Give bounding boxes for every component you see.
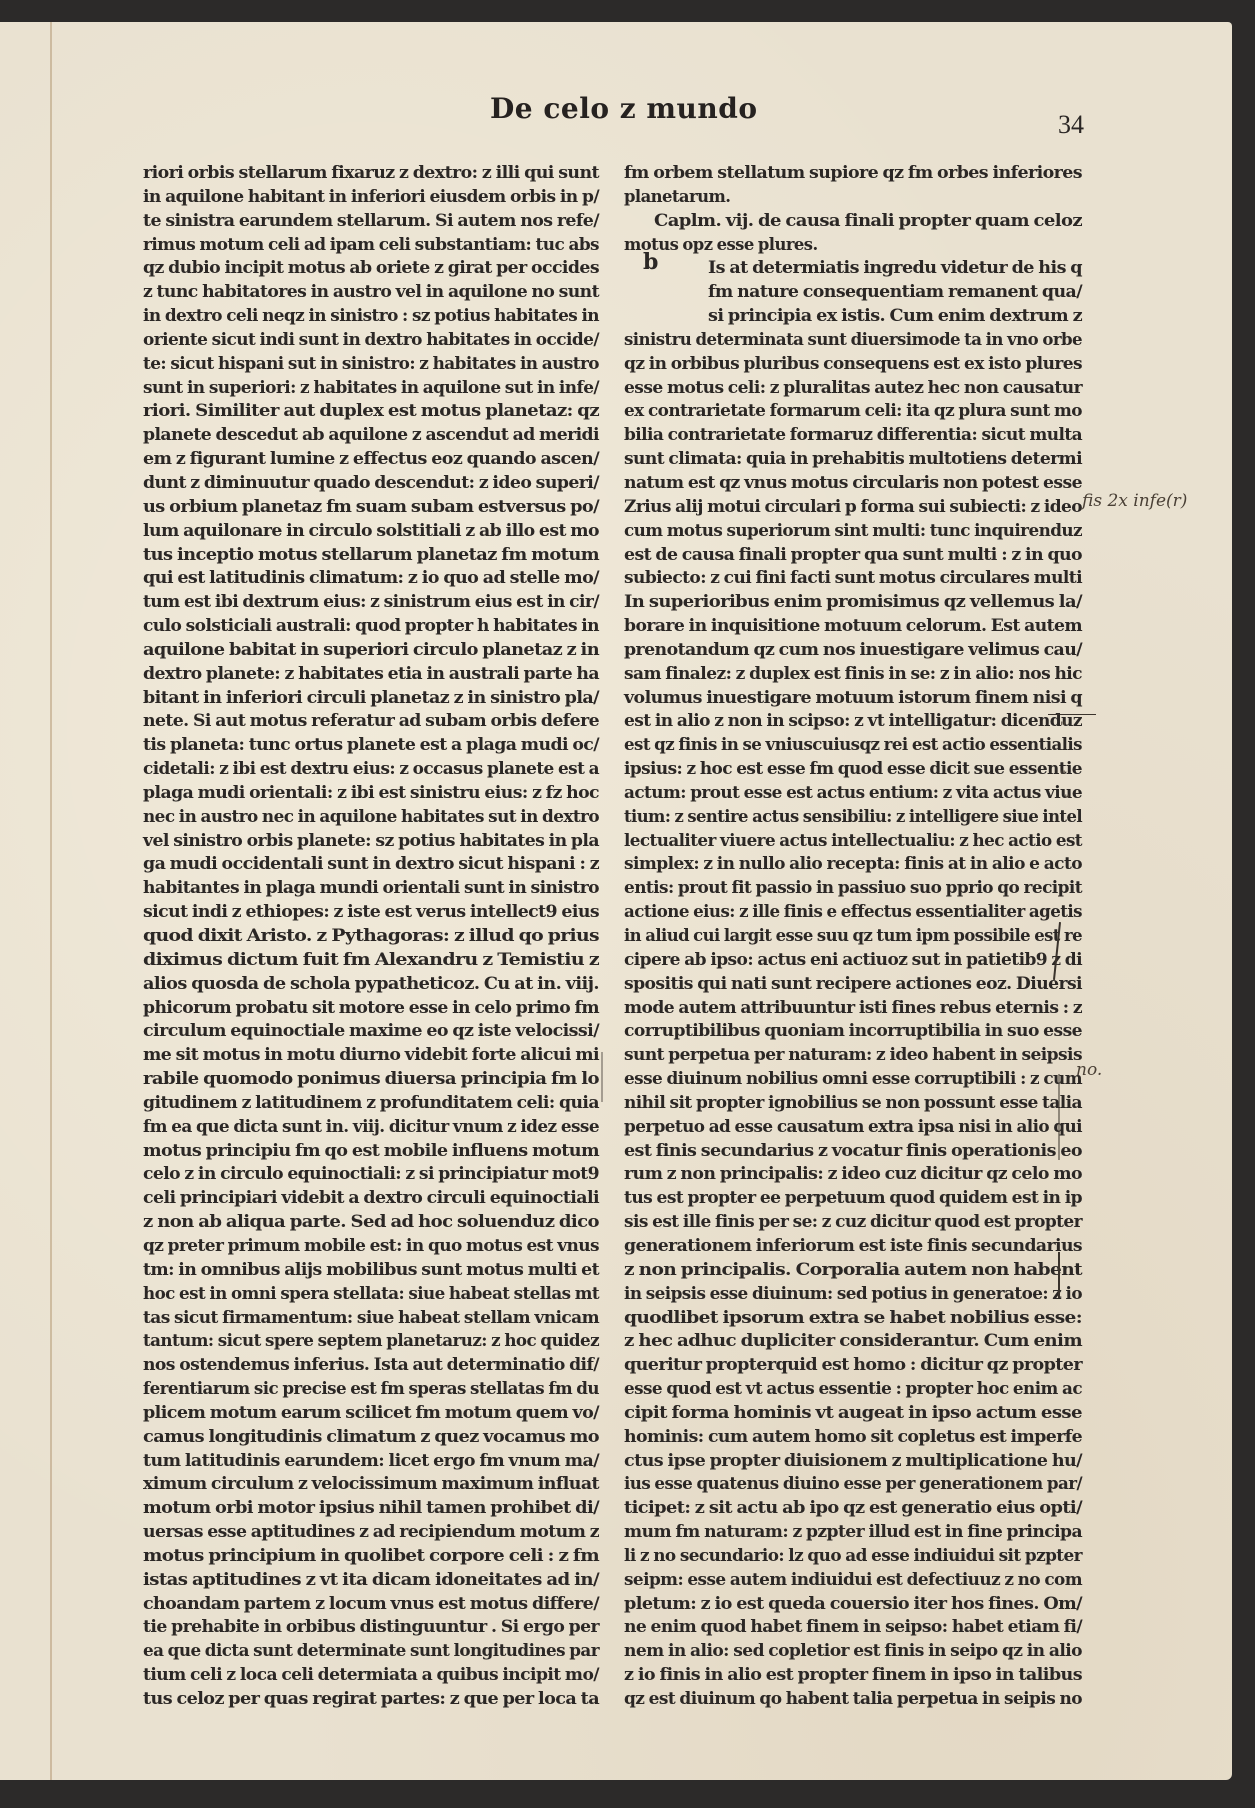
book-page: De celo z mundo 34 riori orbis stellarum… bbox=[0, 22, 1232, 1780]
gutter-fold bbox=[50, 22, 52, 1780]
text-line: est qz finis in se vniuscuiusqz rei est … bbox=[624, 733, 1082, 757]
text-line: nos ostendemus inferius. Ista aut determ… bbox=[143, 1353, 599, 1377]
text-line: est in alio z non in scipso: z vt intell… bbox=[624, 709, 1082, 733]
text-line: hominis: cum autem homo sit copletus est… bbox=[624, 1425, 1082, 1449]
text-line: ne enim quod habet finem in seipso: habe… bbox=[624, 1615, 1082, 1639]
left-column: riori orbis stellarum fixaruz z dextro: … bbox=[143, 161, 599, 1711]
text-line: riori orbis stellarum fixaruz z dextro: … bbox=[143, 161, 599, 185]
text-line: riori. Similiter aut duplex est motus pl… bbox=[143, 399, 599, 423]
pen-underline-mark bbox=[1048, 714, 1096, 715]
text-line: diximus dictum fuit fm Alexandru z Temis… bbox=[143, 948, 599, 972]
text-line: perpetuo ad esse causatum extra ipsa nis… bbox=[624, 1115, 1082, 1139]
running-title: De celo z mundo bbox=[490, 92, 758, 125]
text-line: esse motus celi: z pluralitas autez hec … bbox=[624, 376, 1082, 400]
text-line: z non principalis. Corporalia autem non … bbox=[624, 1258, 1082, 1282]
text-line: rabile quomodo ponimus diuersa principia… bbox=[143, 1067, 599, 1091]
text-line: sunt climata: quia in prehabitis multoti… bbox=[624, 447, 1082, 471]
text-line: ferentiarum sic precise est fm speras st… bbox=[143, 1377, 599, 1401]
text-line: sis est ille finis per se: z cuz dicitur… bbox=[624, 1210, 1082, 1234]
text-line: est de causa finali propter qua sunt mul… bbox=[624, 543, 1082, 567]
text-line: z hec adhuc dupliciter considerantur. Cu… bbox=[624, 1329, 1082, 1353]
text-line: mode autem attribuuntur isti fines rebus… bbox=[624, 996, 1082, 1020]
text-line: gitudinem z latitudinem z profunditatem … bbox=[143, 1091, 599, 1115]
text-line: qui est latitudinis climatum: z io quo a… bbox=[143, 566, 599, 590]
text-line: quod dixit Aristo. z Pythagoras: z illud… bbox=[143, 924, 599, 948]
text-line: motus principium in quolibet corpore cel… bbox=[143, 1544, 599, 1568]
text-line: circulum equinoctiale maxime eo qz iste … bbox=[143, 1019, 599, 1043]
text-line: ea que dicta sunt determinate sunt longi… bbox=[143, 1639, 599, 1663]
text-line: z tunc habitatores in austro vel in aqui… bbox=[143, 280, 599, 304]
chapter-heading-line: Caplm. vij. de causa finali propter quam… bbox=[624, 209, 1082, 233]
text-line: sinistru determinata sunt diuersimode ta… bbox=[624, 328, 1082, 352]
text-line: prenotandum qz cum nos inuestigare velim… bbox=[624, 638, 1082, 662]
text-line: planete descedut ab aquilone z ascendut … bbox=[143, 423, 599, 447]
text-line: aquilone babitat in superiori circulo pl… bbox=[143, 638, 599, 662]
text-line: nec in austro nec in aquilone habitates … bbox=[143, 805, 599, 829]
text-line: plaga mudi orientali: z ibi est sinistru… bbox=[143, 781, 599, 805]
text-line: z non ab aliqua parte. Sed ad hoc soluen… bbox=[143, 1210, 599, 1234]
text-line: te: sicut hispani sut in sinistro: z hab… bbox=[143, 352, 599, 376]
text-line: sam finalez: z duplex est finis in se: z… bbox=[624, 662, 1082, 686]
text-line: phicorum probatu sit motore esse in celo… bbox=[143, 996, 599, 1020]
text-line: culo solsticiali australi: quod propter … bbox=[143, 614, 599, 638]
text-line: vel sinistro orbis planete: sz potius ha… bbox=[143, 829, 599, 853]
text-line: actum: prout esse est actus entium: z vi… bbox=[624, 781, 1082, 805]
text-line: tium: z sentire actus sensibiliu: z inte… bbox=[624, 805, 1082, 829]
text-line: ctus ipse propter diuisionem z multiplic… bbox=[624, 1449, 1082, 1473]
marginal-note: fis 2x infe(r) bbox=[1082, 491, 1187, 511]
text-line: nete. Si aut motus referatur ad subam or… bbox=[143, 709, 599, 733]
text-line: ex contrarietate formarum celi: ita qz p… bbox=[624, 399, 1082, 423]
text-line: alios quosda de schola pypatheticoz. Cu … bbox=[143, 972, 599, 996]
text-line: Zrius alij motui circulari p forma sui s… bbox=[624, 495, 1082, 519]
text-line: actione eius: z ille finis e effectus es… bbox=[624, 900, 1082, 924]
text-line: fm nature consequentiam remanent qua/ bbox=[624, 280, 1082, 304]
text-line: tus est propter ee perpetuum quod quidem… bbox=[624, 1186, 1082, 1210]
pen-bracket-mark bbox=[1058, 1074, 1060, 1160]
text-line: borare in inquisitione motuum celorum. E… bbox=[624, 614, 1082, 638]
text-line: sunt in superiori: z habitates in aquilo… bbox=[143, 376, 599, 400]
text-line: li z no secundario: lz quo ad esse indiu… bbox=[624, 1544, 1082, 1568]
text-line: pletum: z io est queda couersio iter hos… bbox=[624, 1592, 1082, 1616]
text-line: subiecto: z cui fini facti sunt motus ci… bbox=[624, 566, 1082, 590]
text-line: planetarum. bbox=[624, 185, 1082, 209]
text-line: motus opz esse plures. bbox=[624, 233, 1082, 257]
text-line: simplex: z in nullo alio recepta: finis … bbox=[624, 852, 1082, 876]
text-line: habitantes in plaga mundi orientali sunt… bbox=[143, 876, 599, 900]
text-line: in dextro celi neqz in sinistro : sz pot… bbox=[143, 304, 599, 328]
text-line: generationem inferiorum est iste finis s… bbox=[624, 1234, 1082, 1258]
pen-bracket-mark bbox=[601, 1052, 603, 1102]
text-line: us orbium planetaz fm suam subam estvers… bbox=[143, 495, 599, 519]
text-line: cipit forma hominis vt augeat in ipso ac… bbox=[624, 1401, 1082, 1425]
text-line: sunt perpetua per naturam: z ideo habent… bbox=[624, 1043, 1082, 1067]
text-line: camus longitudinis climatum z quez vocam… bbox=[143, 1425, 599, 1449]
text-line: celi principiari videbit a dextro circul… bbox=[143, 1186, 599, 1210]
text-line: ximum circulum z velocissimum maximum in… bbox=[143, 1472, 599, 1496]
text-line: tum latitudinis earundem: licet ergo fm … bbox=[143, 1449, 599, 1473]
text-line: fm ea que dicta sunt in. viij. dicitur v… bbox=[143, 1115, 599, 1139]
text-line: quodlibet ipsorum extra se habet nobiliu… bbox=[624, 1306, 1082, 1330]
pen-bracket-mark bbox=[1058, 1252, 1060, 1298]
text-line: tantum: sicut spere septem planetaruz: z… bbox=[143, 1329, 599, 1353]
marginal-note: " bbox=[1060, 720, 1066, 735]
right-column: fm orbem stellatum supiore qz fm orbes i… bbox=[624, 161, 1082, 1711]
text-line: te sinistra earundem stellarum. Si autem… bbox=[143, 209, 599, 233]
text-line: oriente sicut indi sunt in dextro habita… bbox=[143, 328, 599, 352]
text-line: cidetali: z ibi est dextru eius: z occas… bbox=[143, 757, 599, 781]
text-line: bitant in inferiori circuli planetaz z i… bbox=[143, 686, 599, 710]
text-line: volumus inuestigare motuum istorum finem… bbox=[624, 686, 1082, 710]
text-line: bilia contrarietate formaruz differentia… bbox=[624, 423, 1082, 447]
text-line: lectualiter viuere actus intellectualiu:… bbox=[624, 829, 1082, 853]
marginal-note: " bbox=[1060, 769, 1066, 784]
text-line: motum orbi motor ipsius nihil tamen proh… bbox=[143, 1496, 599, 1520]
marginal-note: no. bbox=[1076, 1060, 1102, 1080]
text-line: esse quod est vt actus essentie : propte… bbox=[624, 1377, 1082, 1401]
text-line: corruptibilibus quoniam incorruptibilia … bbox=[624, 1019, 1082, 1043]
text-line: tus inceptio motus stellarum planetaz fm… bbox=[143, 543, 599, 567]
text-line: qz est diuinum qo habent talia perpetua … bbox=[624, 1687, 1082, 1711]
text-line: ipsius: z hoc est esse fm quod esse dici… bbox=[624, 757, 1082, 781]
text-line: tas sicut firmamentum: siue habeat stell… bbox=[143, 1306, 599, 1330]
text-line: seipm: esse autem indiuidui est defectiu… bbox=[624, 1568, 1082, 1592]
text-line: esse diuinum nobilius omni esse corrupti… bbox=[624, 1067, 1082, 1091]
text-line: natum est qz vnus motus circularis non p… bbox=[624, 471, 1082, 495]
text-line: est finis secundarius z vocatur finis op… bbox=[624, 1139, 1082, 1163]
text-line: plicem motum earum scilicet fm motum que… bbox=[143, 1401, 599, 1425]
text-line: celo z in circulo equinoctiali: z si pri… bbox=[143, 1162, 599, 1186]
text-line: in aquilone habitant in inferiori eiusde… bbox=[143, 185, 599, 209]
text-line: lum aquilonare in circulo solstitiali z … bbox=[143, 519, 599, 543]
text-line: rum z non principalis: z ideo cuz dicitu… bbox=[624, 1162, 1082, 1186]
text-line: fm orbem stellatum supiore qz fm orbes i… bbox=[624, 161, 1082, 185]
text-line: motus principiu fm qo est mobile influen… bbox=[143, 1139, 599, 1163]
text-line: In superioribus enim promisimus qz velle… bbox=[624, 590, 1082, 614]
text-line: tie prehabite in orbibus distinguuntur .… bbox=[143, 1615, 599, 1639]
text-line: cipere ab ipso: actus eni actiuoz sut in… bbox=[624, 948, 1082, 972]
text-line: ius esse quatenus diuino esse per genera… bbox=[624, 1472, 1082, 1496]
text-line: tium celi z loca celi determiata a quibu… bbox=[143, 1663, 599, 1687]
text-line: uersas esse aptitudines z ad recipiendum… bbox=[143, 1520, 599, 1544]
text-line: Is at determiatis ingredu videtur de his… bbox=[624, 256, 1082, 280]
text-line: nem in alio: sed copletior est finis in … bbox=[624, 1639, 1082, 1663]
text-line: sicut indi z ethiopes: z iste est verus … bbox=[143, 900, 599, 924]
text-line: in aliud cui largit esse suu qz tum ipm … bbox=[624, 924, 1082, 948]
text-line: dextro planete: z habitates etia in aust… bbox=[143, 662, 599, 686]
text-line: tus celoz per quas regirat partes: z que… bbox=[143, 1687, 599, 1711]
text-line: cum motus superiorum sint multi: tunc in… bbox=[624, 519, 1082, 543]
text-line: queritur propterquid est homo : dicitur … bbox=[624, 1353, 1082, 1377]
text-line: choandam partem z locum vnus est motus d… bbox=[143, 1592, 599, 1616]
text-line: rimus motum celi ad ipam celi substantia… bbox=[143, 233, 599, 257]
text-line: entis: prout fit passio in passiuo suo p… bbox=[624, 876, 1082, 900]
text-line: tum est ibi dextrum eius: z sinistrum ei… bbox=[143, 590, 599, 614]
text-line: nihil sit propter ignobilius se non poss… bbox=[624, 1091, 1082, 1115]
text-line: spositis qui nati sunt recipere actiones… bbox=[624, 972, 1082, 996]
text-line: istas aptitudines z vt ita dicam idoneit… bbox=[143, 1568, 599, 1592]
text-line: ticipet: z sit actu ab ipo qz est genera… bbox=[624, 1496, 1082, 1520]
text-line: dunt z diminuutur quado descendut: z ide… bbox=[143, 471, 599, 495]
marginal-note: " bbox=[1064, 793, 1070, 808]
folio-number: 34 bbox=[1058, 110, 1084, 140]
text-line: me sit motus in motu diurno videbit fort… bbox=[143, 1043, 599, 1067]
text-line: si principia ex istis. Cum enim dextrum … bbox=[624, 304, 1082, 328]
text-line: mum fm naturam: z pzpter illud est in fi… bbox=[624, 1520, 1082, 1544]
section-marker: b bbox=[643, 249, 658, 275]
text-line: in seipsis esse diuinum: sed potius in g… bbox=[624, 1282, 1082, 1306]
text-line: ga mudi occidentali sunt in dextro sicut… bbox=[143, 852, 599, 876]
text-line: qz in orbibus pluribus consequens est ex… bbox=[624, 352, 1082, 376]
text-line: z io finis in alio est propter finem in … bbox=[624, 1663, 1082, 1687]
text-line: tis planeta: tunc ortus planete est a pl… bbox=[143, 733, 599, 757]
text-line: tm: in omnibus alijs mobilibus sunt motu… bbox=[143, 1258, 599, 1282]
text-line: qz preter primum mobile est: in quo motu… bbox=[143, 1234, 599, 1258]
text-line: hoc est in omni spera stellata: siue hab… bbox=[143, 1282, 599, 1306]
text-line: em z figurant lumine z effectus eoz quan… bbox=[143, 447, 599, 471]
text-line: qz dubio incipit motus ab oriete z girat… bbox=[143, 256, 599, 280]
